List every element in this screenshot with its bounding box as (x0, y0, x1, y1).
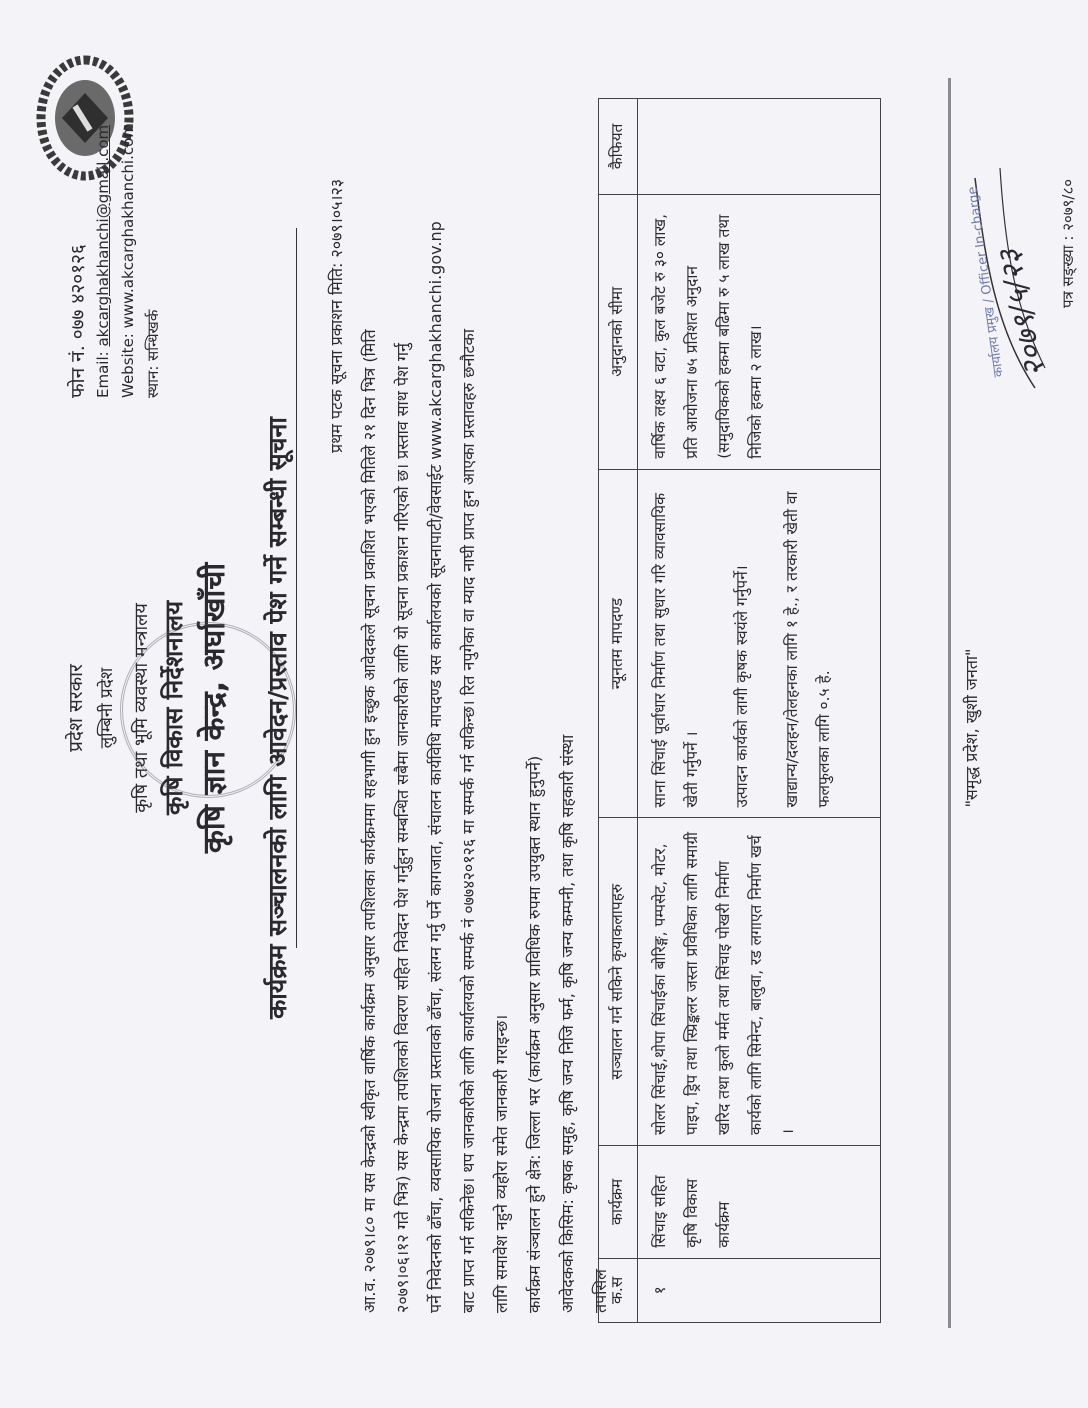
body-line: लागि समावेश नहुने व्यहोरा समेत जानकारी ग… (485, 103, 518, 1313)
program-table: क.स कार्यक्रम सञ्चालन गर्न सकिने कृयाकला… (598, 98, 881, 1323)
cell-activities: सोलर सिंचाई,थोपा सिंचाईका बोरिङ्ग, पम्पस… (638, 818, 881, 1146)
location-line: स्थान: सन्धिखर्क (141, 58, 166, 398)
province-name: लुम्बिनी प्रदेश (94, 428, 117, 988)
first-publication-date: प्रथम पटक सूचना प्रकाशन मिति: २०७९।०५।२३ (320, 103, 353, 1313)
body-line: २०७९।०६।१२ गते भित्र) यस केन्द्रमा तपशिल… (386, 103, 419, 1313)
criteria-item: खाद्यान्य/दलहन/तेलहनका लागि १ हे., र तरक… (776, 480, 840, 808)
header-remarks: कैफियत (599, 99, 638, 195)
footer-divider (948, 78, 951, 1328)
email-link[interactable]: akcarghakhanchi@gmail.com (94, 125, 112, 347)
slogan: "समृद्ध प्रदेश, खुशी जनता" (960, 548, 982, 908)
notice-body: प्रथम पटक सूचना प्रकाशन मिति: २०७९।०५।२३… (320, 103, 617, 1313)
body-line: पर्ने निवेदनको ढाँचा, व्यवसायिक योजना प्… (419, 103, 452, 1313)
cell-serial: १ (638, 1258, 881, 1322)
table-header-row: क.स कार्यक्रम सञ्चालन गर्न सकिने कृयाकला… (599, 99, 638, 1323)
cell-grant-limit: वार्षिक लक्ष्य ६ वटा, कुल बजेट रु ३० लाख… (638, 194, 881, 469)
header-criteria: न्यूनतम मापदण्ड (599, 469, 638, 818)
criteria-item: साना सिंचाई पूर्वाधार निर्माण तथा सुधार … (644, 480, 708, 808)
website-line[interactable]: Website: www.akcarghakhanchi.com (116, 58, 141, 398)
cell-remarks (638, 99, 881, 195)
cell-criteria: साना सिंचाई पूर्वाधार निर्माण तथा सुधार … (638, 469, 881, 818)
notice-title: कार्यक्रम सञ्चालनको लागि आवेदन/प्रस्ताव … (260, 128, 294, 1308)
program-area: कार्यक्रम संञ्चालन हुने क्षेत्र: जिल्ला … (518, 103, 551, 1313)
table-row: १ सिंचाइ सहित कृषि विकास कार्यक्रम सोलर … (638, 99, 881, 1323)
contact-info: फोन नं. ०७७ ४२०१२६ Email: akcarghakhanch… (66, 58, 166, 398)
rotated-scanned-notice: पत्र सङ्ख्या : २०७९/८० प्रदेश सरकार लुम्… (0, 0, 1088, 1408)
letter-number: पत्र सङ्ख्या : २०७९/८० (1058, 8, 1078, 308)
email-label: Email: (94, 351, 112, 398)
government-name: प्रदेश सरकार (62, 428, 88, 988)
title-underline (296, 228, 297, 948)
criteria-item: उत्पादन कार्यको लागी कृषक स्वयंले गर्नुप… (726, 480, 758, 808)
header-grant-limit: अनुदानको सीमा (599, 194, 638, 469)
phone-number: फोन नं. ०७७ ४२०१२६ (66, 58, 91, 398)
applicant-types: आवेदकको किसिम: कृषक समुह, कृषि जन्य निजि… (551, 103, 584, 1313)
body-line: आ.व. २०७९।८० मा यस केन्द्रको स्वीकृत वार… (353, 103, 386, 1313)
cell-program: सिंचाइ सहित कृषि विकास कार्यक्रम (638, 1146, 881, 1259)
header-serial: क.स (599, 1258, 638, 1322)
header-program: कार्यक्रम (599, 1146, 638, 1259)
email-line: Email: akcarghakhanchi@gmail.com (91, 58, 116, 398)
header-activities: सञ्चालन गर्न सकिने कृयाकलापहरु (599, 818, 638, 1146)
body-line: बाट प्राप्त गर्न सकिनेछ। थप जानकारीको ला… (452, 103, 485, 1313)
